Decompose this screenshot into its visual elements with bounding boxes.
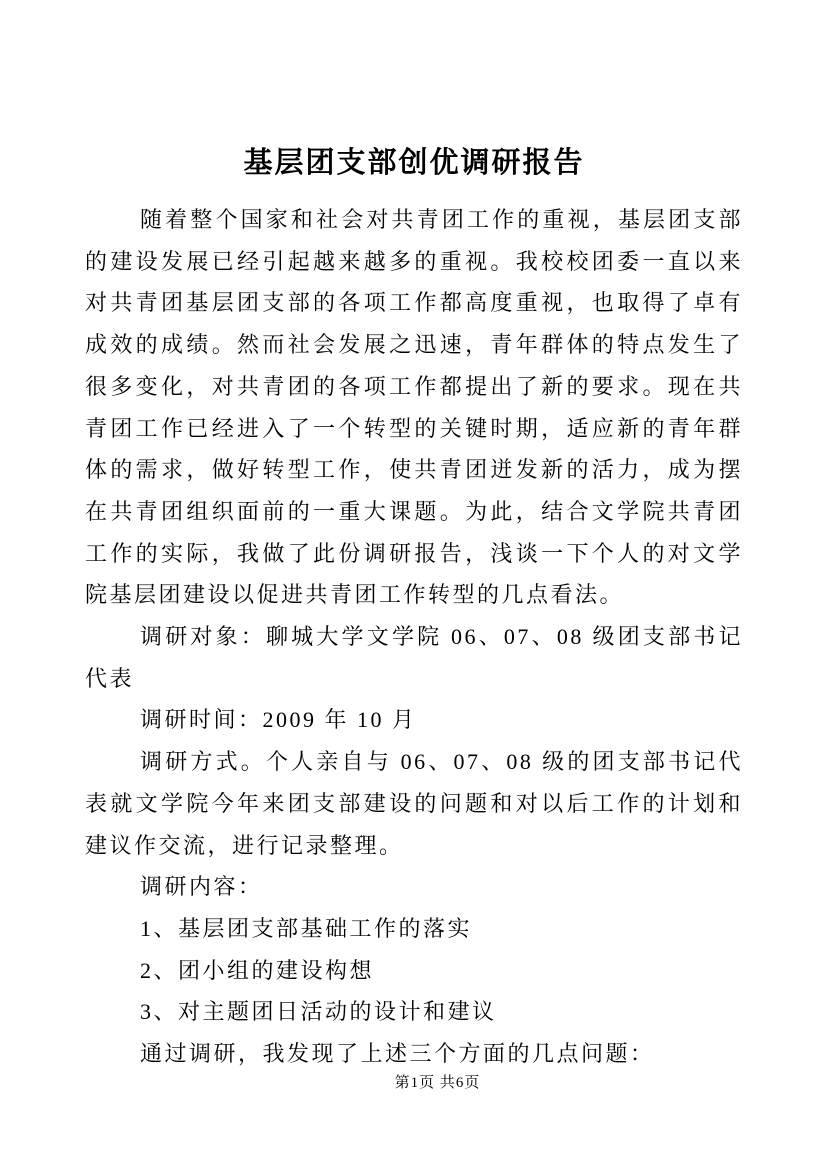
paragraph-survey-subjects: 调研对象：聊城大学文学院 06、07、08 级团支部书记代表 [85,616,743,699]
paragraph-survey-content-heading: 调研内容： [85,866,743,908]
paragraph-findings-lead: 通过调研，我发现了上述三个方面的几点问题： [85,1033,743,1075]
document-body: 基层团支部创优调研报告 随着整个国家和社会对共青团工作的重视，基层团支部的建设发… [85,141,743,1075]
list-item-1: 1、基层团支部基础工作的落实 [85,908,743,950]
paragraph-intro: 随着整个国家和社会对共青团工作的重视，基层团支部的建设发展已经引起越来越多的重视… [85,199,743,616]
document-title: 基层团支部创优调研报告 [85,141,743,185]
document-page: 基层团支部创优调研报告 随着整个国家和社会对共青团工作的重视，基层团支部的建设发… [0,0,827,1170]
page-number: 第1页 共6页 [395,1075,481,1091]
paragraph-survey-method: 调研方式。个人亲自与 06、07、08 级的团支部书记代表就文学院今年来团支部建… [85,741,743,866]
page-footer: 第1页 共6页 [0,1071,827,1092]
paragraph-survey-time: 调研时间：2009 年 10 月 [85,699,743,741]
list-item-2: 2、团小组的建设构想 [85,950,743,992]
list-item-3: 3、对主题团日活动的设计和建议 [85,991,743,1033]
